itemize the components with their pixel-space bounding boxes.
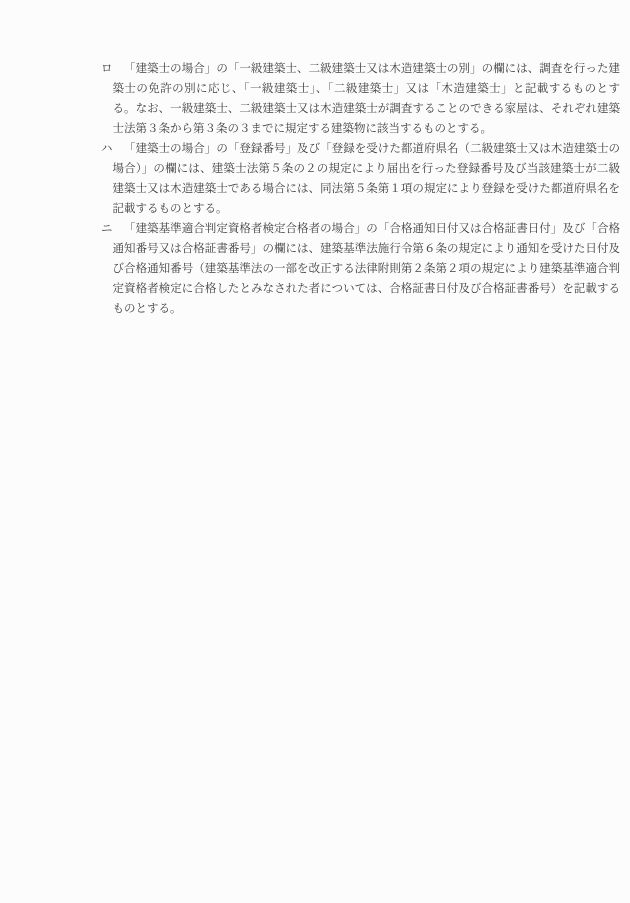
list-item-ni: ニ「建築基準適合判定資格者検定合格者の場合」の「合格通知日付又は合格証書日付」及… bbox=[101, 219, 620, 319]
item-text-ni: 「建築基準適合判定資格者検定合格者の場合」の「合格通知日付又は合格証書日付」及び… bbox=[113, 223, 621, 315]
item-text-ro: 「建築士の場合」の「一級建築士、二級建築士又は木造建築士の別」の欄には、調査を行… bbox=[113, 63, 621, 135]
text-block: ロ「建築士の場合」の「一級建築士、二級建築士又は木造建築士の別」の欄には、調査を… bbox=[101, 59, 620, 319]
item-marker-ha: ハ bbox=[101, 139, 124, 159]
document-page: ロ「建築士の場合」の「一級建築士、二級建築士又は木造建築士の別」の欄には、調査を… bbox=[0, 0, 630, 903]
item-marker-ni: ニ bbox=[101, 219, 124, 239]
list-item-ro: ロ「建築士の場合」の「一級建築士、二級建築士又は木造建築士の別」の欄には、調査を… bbox=[101, 59, 620, 139]
item-text-ha: 「建築士の場合」の「登録番号」及び「登録を受けた都道府県名（二級建築士又は木造建… bbox=[113, 143, 621, 215]
item-marker-ro: ロ bbox=[101, 59, 124, 79]
list-item-ha: ハ「建築士の場合」の「登録番号」及び「登録を受けた都道府県名（二級建築士又は木造… bbox=[101, 139, 620, 219]
